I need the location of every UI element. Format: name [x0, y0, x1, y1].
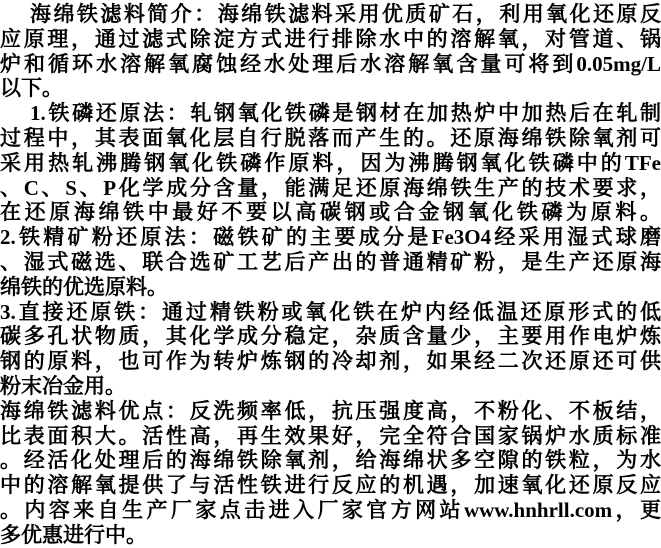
text-line: 在还原海绵铁中最好不要以高碳钢或合金钢氧化铁磷为原料。 [0, 200, 661, 225]
text-line: 中的溶解氧提供了与活性铁进行反应的机遇，加速氧化还原反应 [0, 473, 661, 498]
text-line: 。经活化处理后的海绵铁除氧剂，给海绵状多空隙的铁粒，为水 [0, 448, 661, 473]
text-line: 。内容来自生产厂家点击进入厂家官方网站www.hnhrll.com，更 [0, 498, 661, 523]
text-line: 碳多孔状物质，其化学成分稳定，杂质含量少，主要用作电炉炼 [0, 324, 661, 349]
text-line: 、C、S、P化学成分含量，能满足还原海绵铁生产的技术要求， [0, 176, 661, 201]
text-line: 炉和循环水溶解氧腐蚀经水处理后水溶解氧含量可将到0.05mg/L [0, 52, 661, 77]
text-line: 、湿式磁选、联合选矿工艺后产出的普通精矿粉，是生产还原海 [0, 250, 661, 275]
text-line: 3.直接还原铁：通过精铁粉或氧化铁在炉内经低温还原形式的低 [0, 300, 661, 325]
text-line: 绵铁的优选原料。 [0, 275, 661, 300]
text-line: 海绵铁滤料简介：海绵铁滤料采用优质矿石，利用氧化还原反 [0, 2, 661, 27]
text-line: 应原理，通过滤式除淀方式进行排除水中的溶解氧，对管道、锅 [0, 27, 661, 52]
document-page: 海绵铁滤料简介：海绵铁滤料采用优质矿石，利用氧化还原反应原理，通过滤式除淀方式进… [0, 0, 661, 548]
text-line: 海绵铁滤料优点：反洗频率低，抗压强度高，不粉化、不板结， [0, 399, 661, 424]
text-line: 采用热轧沸腾钢氧化铁磷作原料，因为沸腾钢氧化铁磷中的TFe [0, 151, 661, 176]
text-line: 比表面积大。活性高，再生效果好，完全符合国家锅炉水质标准 [0, 424, 661, 449]
document-body: 海绵铁滤料简介：海绵铁滤料采用优质矿石，利用氧化还原反应原理，通过滤式除淀方式进… [0, 0, 661, 548]
text-line: 粉末冶金用。 [0, 374, 661, 399]
text-line: 2.铁精矿粉还原法：磁铁矿的主要成分是Fe3O4经采用湿式球磨 [0, 225, 661, 250]
text-line: 以下。 [0, 76, 661, 101]
text-line: 多优惠进行中。 [0, 523, 661, 548]
text-line: 1.铁磷还原法：轧钢氧化铁磷是钢材在加热炉中加热后在轧制 [0, 101, 661, 126]
text-line: 过程中，其表面氧化层自行脱落而产生的。还原海绵铁除氧剂可 [0, 126, 661, 151]
text-line: 钢的原料，也可作为转炉炼钢的冷却剂，如果经二次还原还可供 [0, 349, 661, 374]
